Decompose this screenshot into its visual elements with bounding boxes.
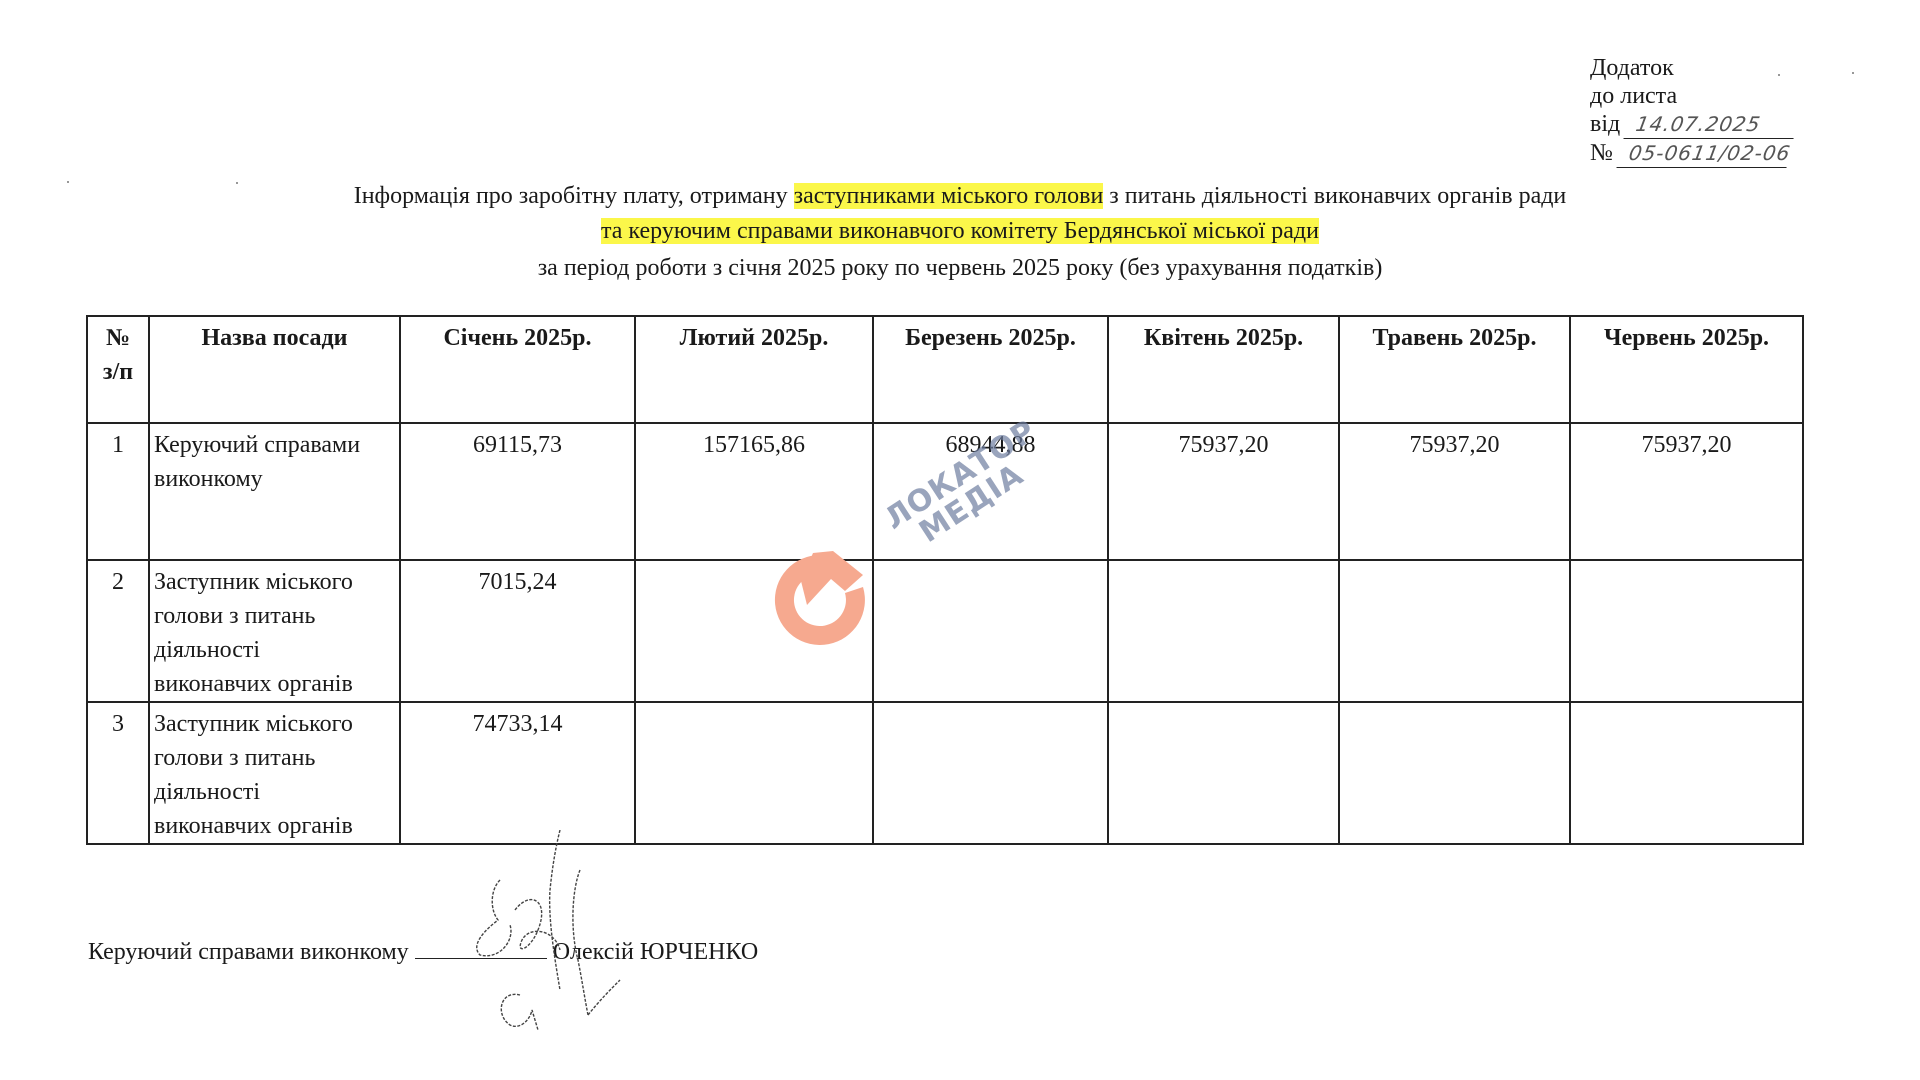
header-may: Травень 2025р. xyxy=(1339,316,1570,423)
salary-table: № з/п Назва посади Січень 2025р. Лютий 2… xyxy=(86,315,1804,845)
cell-april xyxy=(1108,702,1339,844)
document-heading-period: за період роботи з січня 2025 року по че… xyxy=(0,250,1920,286)
header-position: Назва посади xyxy=(149,316,400,423)
appendix-number-row: № 05-0611/02-06 xyxy=(1590,139,1796,168)
table-header-row: № з/п Назва посади Січень 2025р. Лютий 2… xyxy=(87,316,1803,423)
cell-may: 75937,20 xyxy=(1339,423,1570,560)
cell-january: 69115,73 xyxy=(400,423,635,560)
scan-speck xyxy=(1852,72,1854,74)
table-row: 2 Заступник міського голови з питань дія… xyxy=(87,560,1803,702)
cell-april: 75937,20 xyxy=(1108,423,1339,560)
appendix-block: Додаток до листа від 14.07.2025 № 05-061… xyxy=(1590,54,1796,168)
position-line: голови з питань xyxy=(154,603,315,629)
handwritten-number: 05-0611/02-06 xyxy=(1616,139,1791,168)
appendix-letter-ref: до листа xyxy=(1590,82,1796,110)
cell-june xyxy=(1570,702,1803,844)
header-april: Квітень 2025р. xyxy=(1108,316,1339,423)
scan-speck xyxy=(1778,74,1780,76)
signer-position: Керуючий справами виконкому xyxy=(88,939,409,965)
number-label: № xyxy=(1590,140,1613,166)
signature-line xyxy=(415,938,547,959)
cell-march xyxy=(873,702,1108,844)
position-line: виконавчих органів xyxy=(154,671,353,697)
document-heading-line2: та керуючим справами виконавчого комітет… xyxy=(0,213,1920,249)
header-num: № з/п xyxy=(87,316,149,423)
header-january: Січень 2025р. xyxy=(400,316,635,423)
header-february: Лютий 2025р. xyxy=(635,316,873,423)
row-position: Заступник міського голови з питань діяль… xyxy=(149,560,400,702)
cell-february xyxy=(635,560,873,702)
header-march: Березень 2025р. xyxy=(873,316,1108,423)
position-line: Керуючий справами xyxy=(154,432,360,458)
cell-june: 75937,20 xyxy=(1570,423,1803,560)
cell-may xyxy=(1339,560,1570,702)
row-num: 3 xyxy=(87,702,149,844)
appendix-date-row: від 14.07.2025 xyxy=(1590,110,1796,139)
row-num: 2 xyxy=(87,560,149,702)
handwritten-date: 14.07.2025 xyxy=(1624,110,1799,139)
cell-january: 74733,14 xyxy=(400,702,635,844)
position-line: голови з питань xyxy=(154,745,315,771)
document-heading: Інформація про заробітну плату, отриману… xyxy=(0,178,1920,214)
cell-april xyxy=(1108,560,1339,702)
header-num-abbr: з/п xyxy=(103,359,133,385)
date-label: від xyxy=(1590,111,1620,137)
row-position: Заступник міського голови з питань діяль… xyxy=(149,702,400,844)
cell-march: 68944,88 xyxy=(873,423,1108,560)
heading-line1-start: Інформація про заробітну плату, отриману xyxy=(354,183,794,209)
signer-name: Олексій ЮРЧЕНКО xyxy=(553,939,759,965)
appendix-title: Додаток xyxy=(1590,54,1796,82)
header-june: Червень 2025р. xyxy=(1570,316,1803,423)
cell-june xyxy=(1570,560,1803,702)
position-line: Заступник міського xyxy=(154,569,353,595)
header-num-symbol: № xyxy=(106,325,130,351)
position-line: діяльності xyxy=(154,637,260,663)
heading-period-text: за період роботи з січня 2025 року по че… xyxy=(538,255,1383,281)
cell-may xyxy=(1339,702,1570,844)
row-position: Керуючий справами виконкому xyxy=(149,423,400,560)
heading-highlight-manager: та керуючим справами виконавчого комітет… xyxy=(601,218,1319,244)
cell-february xyxy=(635,702,873,844)
position-line: діяльності xyxy=(154,779,260,805)
position-line: Заступник міського xyxy=(154,711,353,737)
position-line: виконавчих органів xyxy=(154,813,353,839)
heading-highlight-deputies: заступниками міського голови xyxy=(794,183,1104,209)
heading-line1-end: з питань діяльності виконавчих органів р… xyxy=(1103,183,1566,209)
table-row: 3 Заступник міського голови з питань дія… xyxy=(87,702,1803,844)
cell-march xyxy=(873,560,1108,702)
row-num: 1 xyxy=(87,423,149,560)
cell-january: 7015,24 xyxy=(400,560,635,702)
table-row: 1 Керуючий справами виконкому 69115,73 1… xyxy=(87,423,1803,560)
signature-block: Керуючий справами виконкомуОлексій ЮРЧЕН… xyxy=(88,938,758,966)
position-line: виконкому xyxy=(154,466,263,492)
cell-february: 157165,86 xyxy=(635,423,873,560)
